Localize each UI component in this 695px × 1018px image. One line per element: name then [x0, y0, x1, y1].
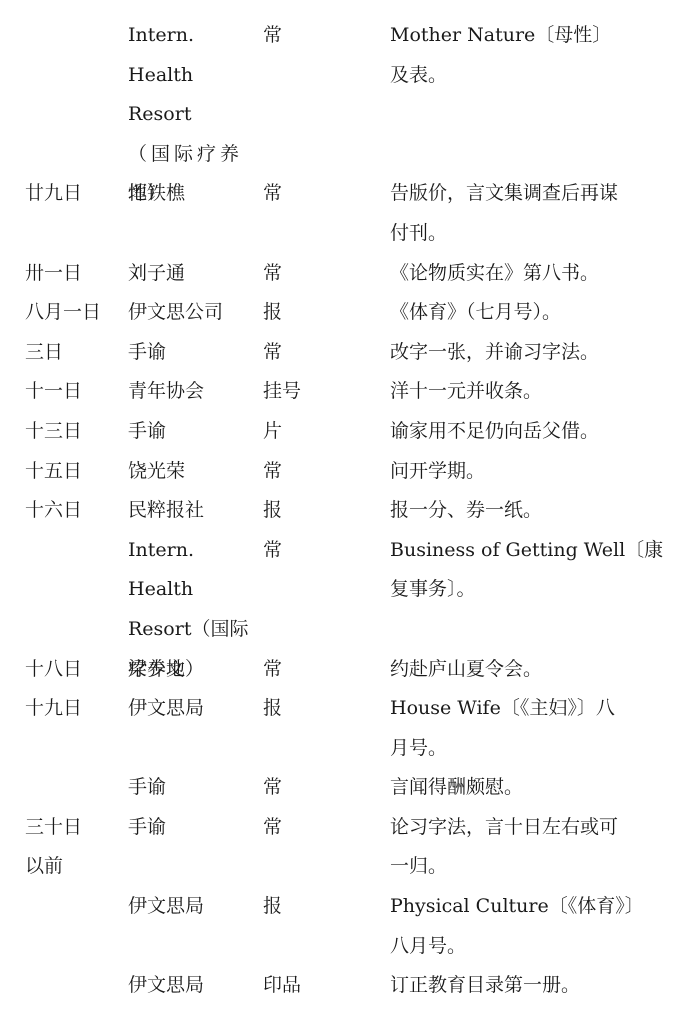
date-cell: 三日 [25, 333, 125, 373]
table-row: 三十日 以前 手谕 常 论习字法，言十日左右或可 一归。 [0, 808, 695, 887]
table-row: 十六日 民粹报社 报 报一分、券一纸。 [0, 491, 695, 531]
type-cell: 常 [263, 531, 373, 571]
content-cell: 言闻得酬颇慰。 [390, 768, 665, 808]
content-line: Mother Nature〔母性〕 [390, 16, 665, 56]
type-cell: 常 [263, 174, 373, 214]
content-line: Business of Getting Well〔康 [390, 531, 665, 571]
type-cell: 常 [263, 254, 373, 294]
type-cell: 常 [263, 650, 373, 690]
type-cell: 常 [263, 808, 373, 848]
sender-cell: 手谕 [128, 808, 256, 848]
content-line: House Wife〔《主妇》〕八 [390, 689, 665, 729]
type-cell: 常 [263, 452, 373, 492]
content-cell: Business of Getting Well〔康 复事务〕。 [390, 531, 665, 650]
letter-log-table: Intern. Health Resort （国际疗养 地） 常 Mother … [0, 16, 695, 1006]
sender-cell: 伊文思局 [128, 689, 256, 729]
table-row: 伊文思局 报 Physical Culture〔《体育》〕 八月号。 [0, 887, 695, 966]
date-cell: 十五日 [25, 452, 125, 492]
content-cell: Mother Nature〔母性〕 及表。 [390, 16, 665, 174]
sender-cell: 伊文思局 [128, 887, 256, 927]
content-line: 论习字法，言十日左右或可 [390, 808, 665, 848]
date-cell: 卅一日 [25, 254, 125, 294]
table-row: 卅一日 刘子通 常 《论物质实在》第八书。 [0, 254, 695, 294]
type-cell: 常 [263, 16, 373, 56]
date-cell: 十一日 [25, 372, 125, 412]
table-row: 廿九日 恽铁樵 常 告版价，言文集调查后再谋 付刊。 [0, 174, 695, 253]
sender-line: Intern. Health [128, 531, 256, 610]
type-cell: 报 [263, 491, 373, 531]
sender-line: Resort（国际 [128, 610, 256, 650]
content-line: 告版价，言文集调查后再谋 [390, 174, 665, 214]
type-cell: 常 [263, 333, 373, 373]
table-row: 十一日 青年协会 挂号 洋十一元并收条。 [0, 372, 695, 412]
date-cell: 十九日 [25, 689, 125, 729]
content-cell: 问开学期。 [390, 452, 665, 492]
content-cell: 《论物质实在》第八书。 [390, 254, 665, 294]
content-line: 复事务〕。 [390, 570, 665, 610]
table-row: Intern. Health Resort （国际疗养 地） 常 Mother … [0, 16, 695, 174]
table-row: 手谕 常 言闻得酬颇慰。 [0, 768, 695, 808]
content-cell: 约赴庐山夏令会。 [390, 650, 665, 690]
table-row: 十九日 伊文思局 报 House Wife〔《主妇》〕八 月号。 [0, 689, 695, 768]
sender-cell: 饶光荣 [128, 452, 256, 492]
type-cell: 常 [263, 768, 373, 808]
content-cell: 洋十一元并收条。 [390, 372, 665, 412]
content-cell: 订正教育目录第一册。 [390, 966, 665, 1006]
content-cell: 改字一张，并谕习字法。 [390, 333, 665, 373]
content-cell: House Wife〔《主妇》〕八 月号。 [390, 689, 665, 768]
content-line: 付刊。 [390, 214, 665, 254]
sender-cell: 刘子通 [128, 254, 256, 294]
date-cell: 十八日 [25, 650, 125, 690]
table-row: Intern. Health Resort（国际 疗养地） 常 Business… [0, 531, 695, 650]
content-line: 月号。 [390, 729, 665, 769]
sender-cell: 梁少文 [128, 650, 256, 690]
content-cell: 论习字法，言十日左右或可 一归。 [390, 808, 665, 887]
sender-line: Intern. [128, 16, 256, 56]
content-cell: 《体育》（七月号）。 [390, 293, 665, 333]
sender-cell: 青年协会 [128, 372, 256, 412]
date-line: 三十日 [25, 808, 125, 848]
sender-cell: 手谕 [128, 412, 256, 452]
type-cell: 挂号 [263, 372, 373, 412]
sender-line: Health Resort [128, 56, 256, 135]
type-cell: 报 [263, 887, 373, 927]
date-cell: 八月一日 [25, 293, 125, 333]
table-row: 伊文思局 印品 订正教育目录第一册。 [0, 966, 695, 1006]
sender-cell: 恽铁樵 [128, 174, 256, 214]
content-line: Physical Culture〔《体育》〕 [390, 887, 665, 927]
sender-cell: 手谕 [128, 768, 256, 808]
date-cell: 三十日 以前 [25, 808, 125, 887]
table-row: 十五日 饶光荣 常 问开学期。 [0, 452, 695, 492]
date-cell: 十三日 [25, 412, 125, 452]
table-row: 八月一日 伊文思公司 报 《体育》（七月号）。 [0, 293, 695, 333]
table-row: 十八日 梁少文 常 约赴庐山夏令会。 [0, 650, 695, 690]
content-line: 一归。 [390, 847, 665, 887]
sender-cell: 伊文思局 [128, 966, 256, 1006]
content-cell: 报一分、券一纸。 [390, 491, 665, 531]
content-line: 及表。 [390, 56, 665, 96]
sender-cell: 伊文思公司 [128, 293, 256, 333]
sender-line: （国际疗养 [128, 135, 256, 175]
type-cell: 印品 [263, 966, 373, 1006]
date-line: 以前 [25, 847, 125, 887]
content-cell: 告版价，言文集调查后再谋 付刊。 [390, 174, 665, 253]
content-line: 八月号。 [390, 927, 665, 967]
table-row: 三日 手谕 常 改字一张，并谕习字法。 [0, 333, 695, 373]
date-cell: 十六日 [25, 491, 125, 531]
type-cell: 报 [263, 689, 373, 729]
content-cell: Physical Culture〔《体育》〕 八月号。 [390, 887, 665, 966]
date-cell: 廿九日 [25, 174, 125, 214]
type-cell: 片 [263, 412, 373, 452]
type-cell: 报 [263, 293, 373, 333]
content-cell: 谕家用不足仍向岳父借。 [390, 412, 665, 452]
table-row: 十三日 手谕 片 谕家用不足仍向岳父借。 [0, 412, 695, 452]
sender-cell: 民粹报社 [128, 491, 256, 531]
sender-cell: 手谕 [128, 333, 256, 373]
